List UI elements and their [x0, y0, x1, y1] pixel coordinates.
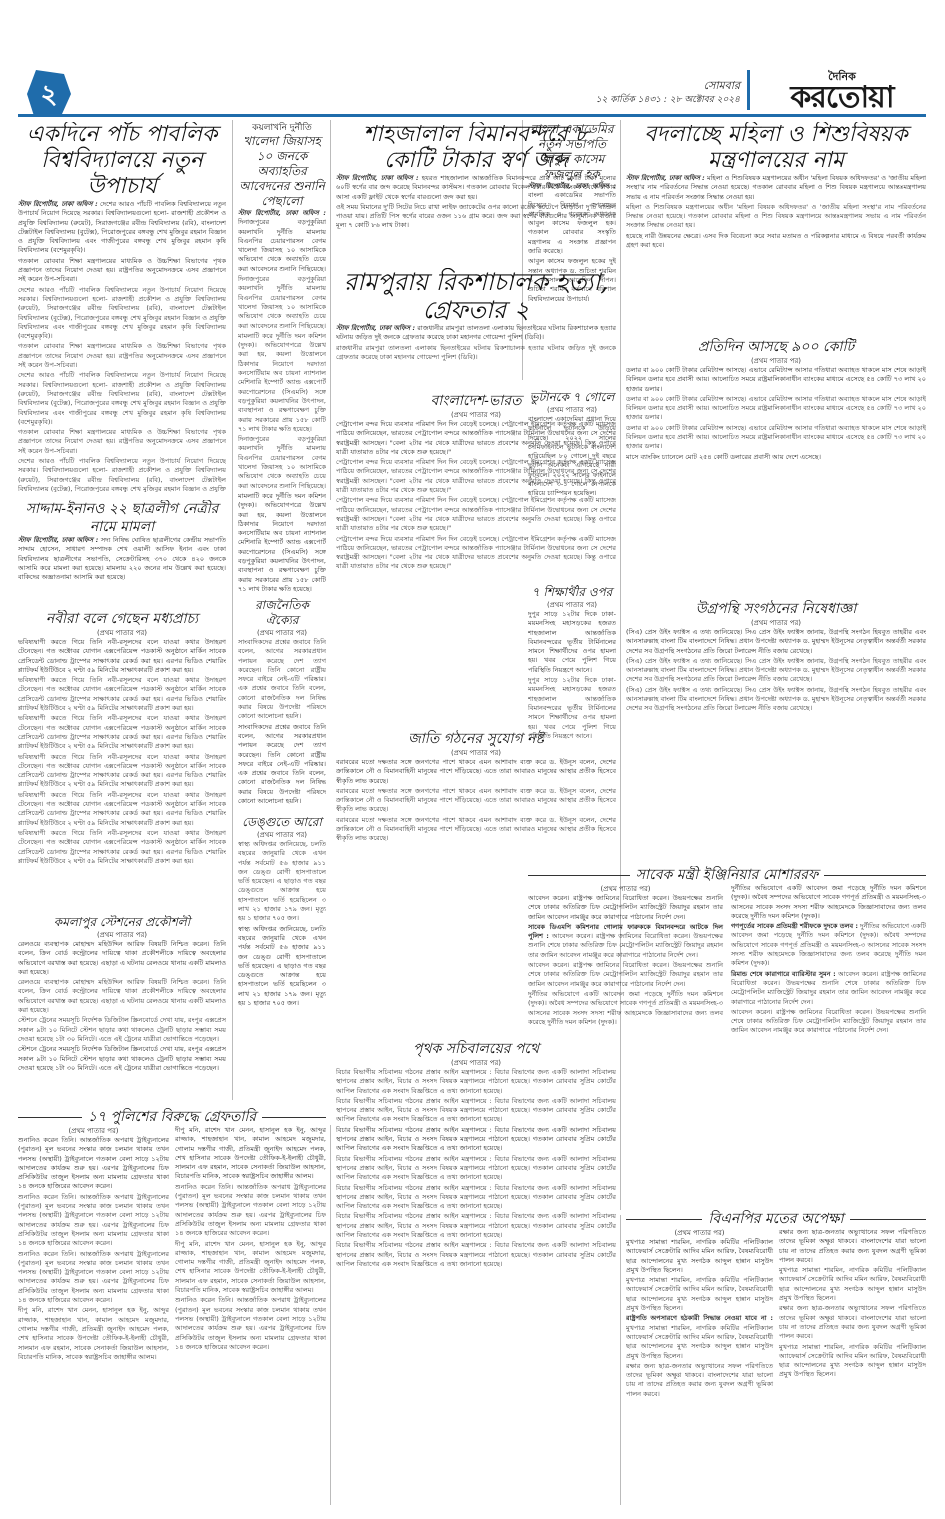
- headline: উগ্রপন্থি সংগঠনের নিষেধাজ্ঞা: [626, 600, 926, 618]
- headline: বদলাচ্ছে মহিলা ও শিশুবিষয়ক মন্ত্রণালয়ে…: [626, 122, 926, 174]
- headline: রাজনৈতিক ঐক্যের: [238, 598, 326, 628]
- byline: স্টাফ রিপোর্টার, ঢাকা অফিস :: [18, 200, 98, 208]
- newspaper-logo: দৈনিক করতোয়া: [757, 70, 927, 113]
- continued-label: (প্রথম পাতার পর): [626, 618, 926, 628]
- continued-label: (প্রথম পাতার পর): [18, 1126, 169, 1136]
- column-divider: [330, 120, 331, 500]
- article-vc: একদিনে পাঁচ পাবলিক বিশ্ববিদ্যালয়ে নতুন …: [18, 122, 226, 492]
- article-ministry-rename: বদলাচ্ছে মহিলা ও শিশুবিষয়ক মন্ত্রণালয়ে…: [626, 122, 926, 322]
- continued-label: (প্রথম পাতার পর): [528, 405, 616, 415]
- masthead-date-text: ১২ কার্তিক ১৪৩১ : ২৮ অক্টোবর ২০২৪: [596, 93, 740, 108]
- continued-label: (প্রথম পাতার পর): [528, 884, 723, 894]
- kicker: কয়লাখনি দুর্নীতি: [238, 122, 326, 134]
- article-mosharraf: সাবেক মন্ত্রী ইঞ্জিনিয়ার মোশাররফ (প্রথম…: [528, 866, 926, 1206]
- headline: প্রতিদিন আসছে ৯০০ কোটি: [626, 338, 926, 356]
- article-17-police: ১৭ পুলিশের বিরুদ্ধে গ্রেফতারি (প্রথম পাত…: [18, 1108, 326, 1508]
- ruled-headline: ১৭ পুলিশের বিরুদ্ধে গ্রেফতারি: [18, 1108, 326, 1126]
- continued-label: (প্রথম পাতার পর): [18, 628, 226, 638]
- continued-label: (প্রথম পাতার পর): [528, 600, 616, 610]
- continued-label: (প্রথম পাতার পর): [626, 356, 926, 366]
- article-kamlapur: কমলাপুর স্টেশনের প্রকৌশলী (প্রথম পাতার প…: [18, 915, 226, 1100]
- continued-label: (প্রথম পাতার পর): [238, 628, 326, 638]
- article-bnp-opinion: বিএনপির মতের অপেক্ষা (প্রথম পাতার পর) মু…: [626, 1210, 926, 1510]
- article-sajjad: সাদ্দাম-ইনানও ২২ ছাত্রলীগ নেত্রীর নামে ম…: [18, 500, 226, 605]
- newspaper-page: ২ সোমবার ১২ কার্তিক ১৪৩১ : ২৮ অক্টোবর ২০…: [0, 0, 945, 1519]
- byline: স্টাফ রিপোর্টার, ঢাকা অফিস :: [18, 536, 98, 544]
- headline: ভুটানকে ৭ গোলে: [528, 390, 616, 405]
- headline: বিএনপির মতের অপেক্ষা: [708, 1210, 843, 1228]
- column-divider: [330, 1125, 331, 1505]
- headline: সাবেক মন্ত্রী ইঞ্জিনিয়ার মোশাররফ: [636, 866, 818, 884]
- headline: খালেদা জিয়াসহ ১০ জনকে অব্যাহতির আবেদনের…: [238, 134, 326, 209]
- headline: ১৭ পুলিশের বিরুদ্ধে গ্রেফতারি: [88, 1108, 256, 1126]
- subhead: রিমান্ড শেষে কারাগারে ব্যারিস্টার সুমন :: [731, 970, 836, 978]
- headline: সাদ্দাম-ইনানও ২২ ছাত্রলীগ নেত্রীর নামে ম…: [18, 500, 226, 536]
- byline: স্টাফ রিপোর্টার, ঢাকা অফিস :: [626, 174, 705, 182]
- article-students: ৭ শিক্ষার্থীর ওপর (প্রথম পাতার পর) দুপুর…: [528, 585, 616, 865]
- byline: স্টাফ রিপোর্টার, ঢাকা অফিস :: [528, 182, 616, 190]
- article-bangla-academy: বাংলা একাডেমির নতুন সভাপতি আবুল কাসেম ফজ…: [528, 122, 616, 382]
- article-remittance: প্রতিদিন আসছে ৯০০ কোটি (প্রথম পাতার পর) …: [626, 338, 926, 593]
- hexagon-icon: ২: [26, 68, 72, 118]
- masthead-date: সোমবার ১২ কার্তিক ১৪৩১ : ২৮ অক্টোবর ২০২৪: [596, 78, 740, 108]
- svg-text:২: ২: [41, 80, 58, 110]
- masthead-divider: [747, 70, 750, 110]
- article-body: স্টাফ রিপোর্টার, ঢাকা অফিস : দেশের আরও প…: [18, 200, 226, 492]
- logo-name: করতোয়া: [757, 83, 927, 113]
- subhead: রাষ্ট্রপতি অপসারণে হঠকারী সিদ্ধান্ত নেওয…: [626, 1314, 773, 1322]
- byline: স্টাফ রিপোর্টার, ঢাকা অফিস :: [238, 209, 326, 217]
- byline: স্টাফ রিপোর্টার, ঢাকা অফিস :: [336, 324, 415, 332]
- ruled-headline: বিএনপির মতের অপেক্ষা: [626, 1210, 926, 1228]
- headline: কমলাপুর স্টেশনের প্রকৌশলী: [18, 915, 226, 930]
- article-dengue: ডেঙ্গুতে আরো (প্রথম পাতার পর) স্বাস্থ্য …: [238, 815, 326, 1100]
- column-divider: [620, 1215, 621, 1505]
- masthead-day: সোমবার: [596, 78, 740, 93]
- headline: ডেঙ্গুতে আরো: [238, 815, 326, 830]
- headline: একদিনে পাঁচ পাবলিক বিশ্ববিদ্যালয়ে নতুন …: [18, 122, 226, 200]
- headline: বাংলা একাডেমির নতুন সভাপতি আবুল কাসেম ফজ…: [528, 122, 616, 182]
- ruled-headline: সাবেক মন্ত্রী ইঞ্জিনিয়ার মোশাররফ: [528, 866, 926, 884]
- byline: স্টাফ রিপোর্টার, ঢাকা অফিস :: [336, 174, 419, 182]
- masthead-rule: [18, 114, 926, 117]
- subhead: গণপূর্তের সাবেক প্রতিমন্ত্রী শরীফকে দুদক…: [731, 922, 858, 930]
- article-nobira: নবীরা বলে গেছেন মধ্যপ্রাচ্য (প্রথম পাতার…: [18, 610, 226, 910]
- headline: নবীরা বলে গেছেন মধ্যপ্রাচ্য: [18, 610, 226, 628]
- article-extremist-ban: উগ্রপন্থি সংগঠনের নিষেধাজ্ঞা (প্রথম পাতা…: [626, 600, 926, 855]
- headline: ৭ শিক্ষার্থীর ওপর: [528, 585, 616, 600]
- continued-label: (প্রথম পাতার পর): [626, 1228, 773, 1238]
- continued-label: (প্রথম পাতার পর): [18, 930, 226, 940]
- column-divider: [232, 120, 233, 1100]
- continued-label: (প্রথম পাতার পর): [238, 830, 326, 840]
- article-political-unity: রাজনৈতিক ঐক্যের (প্রথম পাতার পর) সাংবাদি…: [238, 598, 326, 808]
- article-bhutan: ভুটানকে ৭ গোলে (প্রথম পাতার পর) বাংলাদেশ…: [528, 390, 616, 580]
- article-khaleda: কয়লাখনি দুর্নীতি খালেদা জিয়াসহ ১০ জনকে…: [238, 122, 326, 592]
- page-number-badge: ২: [26, 68, 72, 118]
